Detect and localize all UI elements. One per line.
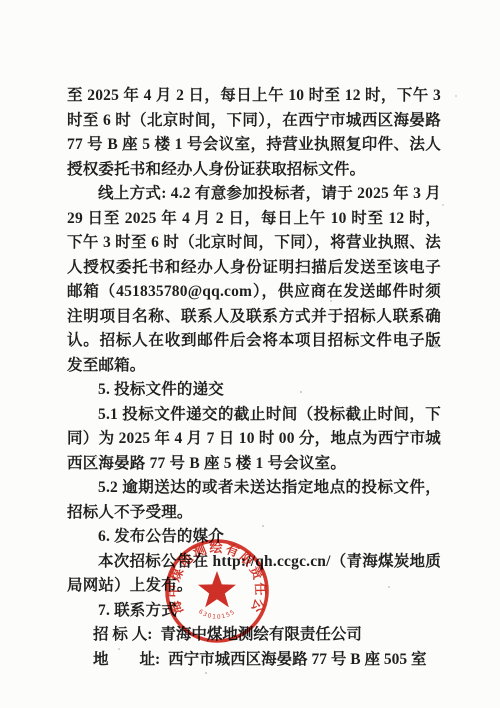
paragraph-online-method: 线上方式: 4.2 有意参加投标者，请于 2025 年 3 月 29 日至 20… (67, 182, 441, 378)
paragraph-announcement-media: 本次招标公告在 http://qh.ccgc.cn/（青海煤炭地质局网站）上发布… (67, 550, 441, 599)
address-value: 西宁市城西区海晏路 77 号 B 座 505 室 (168, 648, 426, 673)
section-7-heading: 7. 联系方式 (67, 599, 441, 624)
document-text: 至 2025 年 4 月 2 日，每日上午 10 时至 12 时，下午 3 时至… (67, 84, 441, 672)
contact-row-address: 地 址: 西宁市城西区海晏路 77 号 B 座 505 室 (67, 648, 441, 673)
address-label: 地 址: (93, 648, 160, 673)
bidder-label: 招 标 人: (93, 623, 152, 648)
scanned-document-page: 至 2025 年 4 月 2 日，每日上午 10 时至 12 时，下午 3 时至… (0, 0, 500, 708)
paragraph-continued: 至 2025 年 4 月 2 日，每日上午 10 时至 12 时，下午 3 时至… (67, 84, 441, 182)
bidder-value: 青海中煤地测绘有限责任公司 (160, 623, 362, 648)
section-6-heading: 6. 发布公告的媒介 (67, 525, 441, 550)
paragraph-5-2: 5.2 逾期送达的或者未送达指定地点的投标文件，招标人不予受理。 (67, 476, 441, 525)
paragraph-5-1: 5.1 投标文件递交的截止时间（投标截止时间，下同）为 2025 年 4 月 7… (67, 403, 441, 477)
section-5-heading: 5. 投标文件的递交 (67, 378, 441, 403)
contact-row-bidder: 招 标 人: 青海中煤地测绘有限责任公司 (67, 623, 441, 648)
scan-noise (0, 0, 2, 2)
